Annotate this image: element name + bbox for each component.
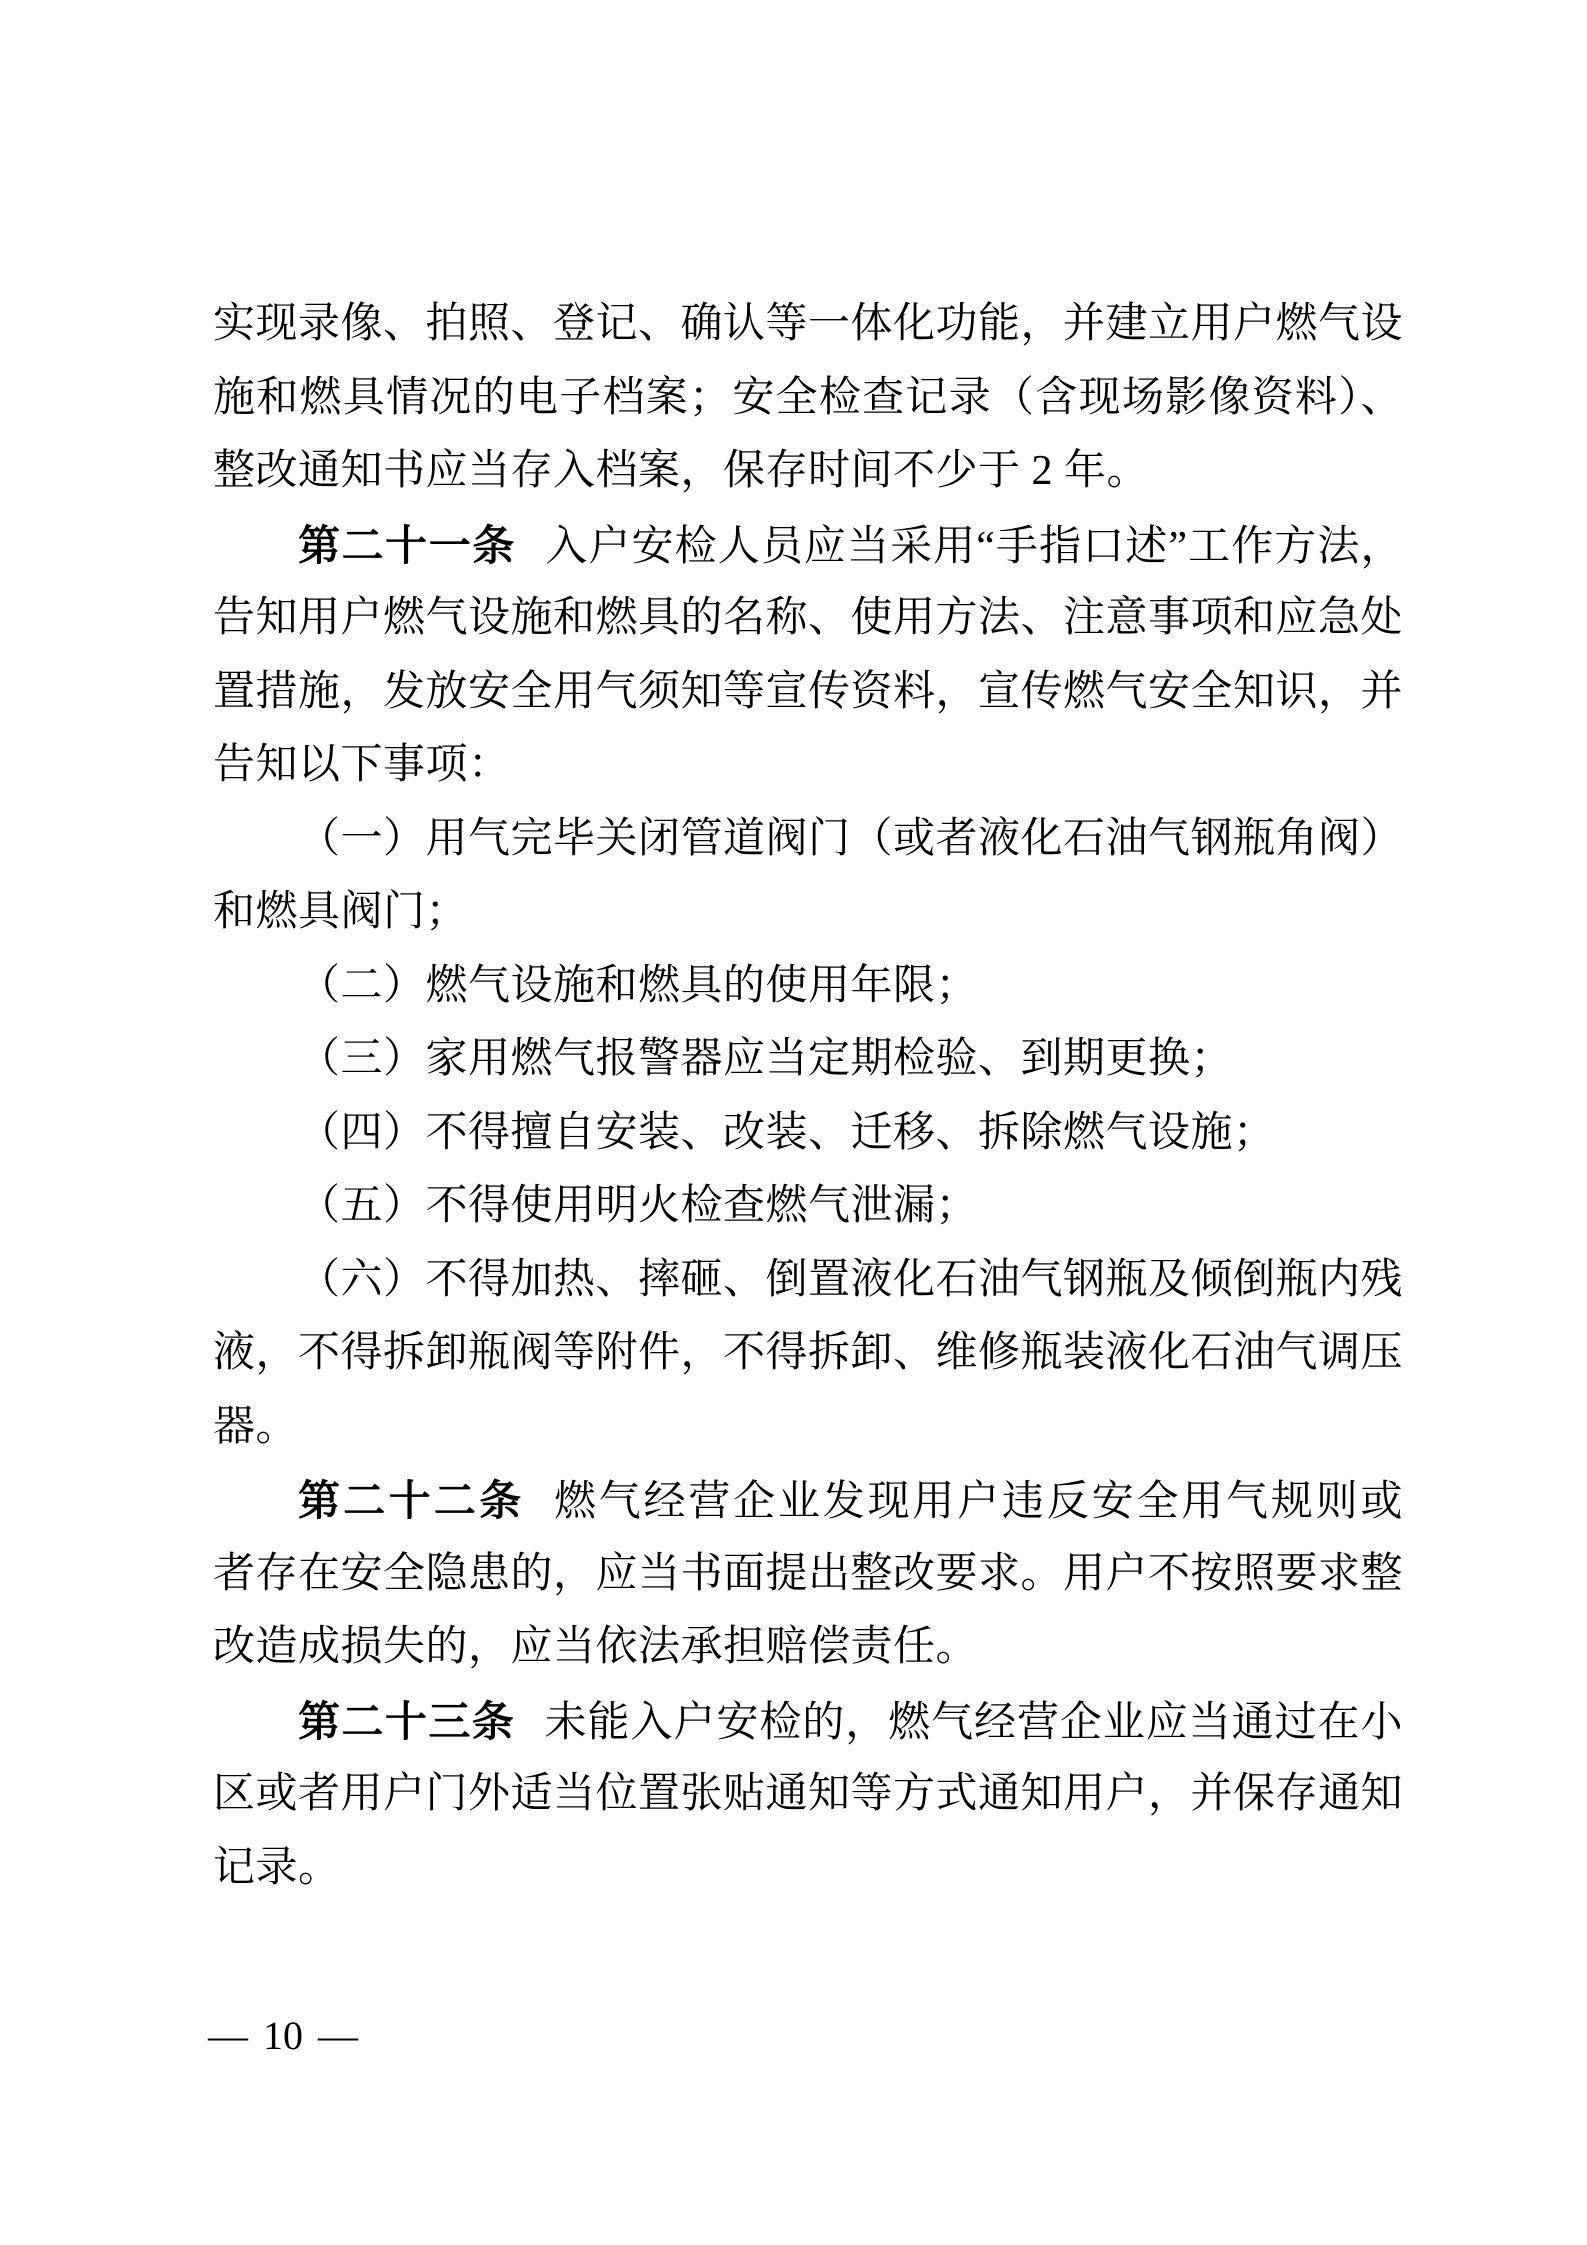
page-footer: — 10 —	[208, 2012, 358, 2059]
text-line: 记录。	[213, 1832, 1403, 1906]
text-line: 告知用户燃气设施和燃具的名称、使用方法、注意事项和应急处	[213, 582, 1403, 656]
line-text: 区或者用户门外适当位置张贴通知等方式通知用户，并保存通知	[213, 1771, 1403, 1817]
line-text: 者存在安全隐患的，应当书面提出整改要求。用户不按照要求整	[213, 1551, 1403, 1597]
footer-dash-right: —	[318, 2012, 358, 2059]
text-line: （二）燃气设施和燃具的使用年限；	[213, 950, 1403, 1024]
text-line: 实现录像、拍照、登记、确认等一体化功能，并建立用户燃气设	[213, 288, 1403, 362]
text-line: （一）用气完毕关闭管道阀门（或者液化石油气钢瓶角阀）	[213, 803, 1403, 877]
article-number: 第二十一条	[298, 522, 516, 569]
line-text: 告知用户燃气设施和燃具的名称、使用方法、注意事项和应急处	[213, 595, 1403, 641]
page-number: 10	[263, 2012, 303, 2059]
line-text: 燃气经营企业发现用户违反安全用气规则或	[554, 1479, 1403, 1525]
article-heading-line: 第二十三条未能入户安检的，燃气经营企业应当通过在小	[213, 1685, 1403, 1759]
text-line: 施和燃具情况的电子档案；安全检查记录（含现场影像资料）、	[213, 362, 1403, 436]
line-text: 记录。	[213, 1845, 341, 1891]
text-line: 告知以下事项：	[213, 729, 1403, 803]
text-line: （六）不得加热、摔砸、倒置液化石油气钢瓶及倾倒瓶内残	[213, 1244, 1403, 1318]
line-text: 器。	[213, 1404, 298, 1450]
text-line: 者存在安全隐患的，应当书面提出整改要求。用户不按照要求整	[213, 1538, 1403, 1612]
line-text: 实现录像、拍照、登记、确认等一体化功能，并建立用户燃气设	[213, 301, 1403, 347]
text-line: 区或者用户门外适当位置张贴通知等方式通知用户，并保存通知	[213, 1758, 1403, 1832]
line-text: （三）家用燃气报警器应当定期检验、到期更换；	[298, 1036, 1233, 1082]
line-text: 置措施，发放安全用气须知等宣传资料，宣传燃气安全知识，并	[213, 669, 1403, 715]
line-text: 和燃具阀门；	[213, 889, 468, 935]
line-text: 整改通知书应当存入档案，保存时间不少于 2 年。	[213, 448, 1149, 494]
line-text: 入户安检人员应当采用“手指口述”工作方法，	[545, 524, 1403, 570]
line-text: 改造成损失的，应当依法承担赔偿责任。	[213, 1624, 978, 1670]
line-text: 施和燃具情况的电子档案；安全检查记录（含现场影像资料）、	[213, 375, 1403, 421]
article-heading-line: 第二十二条燃气经营企业发现用户违反安全用气规则或	[213, 1464, 1403, 1538]
document-body: 实现录像、拍照、登记、确认等一体化功能，并建立用户燃气设施和燃具情况的电子档案；…	[213, 288, 1403, 1905]
line-text: （六）不得加热、摔砸、倒置液化石油气钢瓶及倾倒瓶内残	[298, 1257, 1403, 1303]
line-text: （二）燃气设施和燃具的使用年限；	[298, 963, 978, 1009]
article-number: 第二十三条	[298, 1698, 515, 1745]
line-text: （五）不得使用明火检查燃气泄漏；	[298, 1183, 978, 1229]
line-text: 告知以下事项：	[213, 742, 511, 788]
text-line: 整改通知书应当存入档案，保存时间不少于 2 年。	[213, 435, 1403, 509]
line-text: 液，不得拆卸瓶阀等附件，不得拆卸、维修瓶装液化石油气调压	[213, 1330, 1403, 1376]
text-line: （三）家用燃气报警器应当定期检验、到期更换；	[213, 1023, 1403, 1097]
line-text: （四）不得擅自安装、改装、迁移、拆除燃气设施；	[298, 1110, 1276, 1156]
text-line: （四）不得擅自安装、改装、迁移、拆除燃气设施；	[213, 1097, 1403, 1171]
text-line: 和燃具阀门；	[213, 876, 1403, 950]
text-line: 器。	[213, 1391, 1403, 1465]
document-page: 实现录像、拍照、登记、确认等一体化功能，并建立用户燃气设施和燃具情况的电子档案；…	[0, 0, 1587, 2245]
line-text: 未能入户安检的，燃气经营企业应当通过在小	[545, 1700, 1403, 1746]
text-line: 液，不得拆卸瓶阀等附件，不得拆卸、维修瓶装液化石油气调压	[213, 1317, 1403, 1391]
footer-dash-left: —	[208, 2012, 248, 2059]
article-number: 第二十二条	[298, 1477, 525, 1524]
line-text: （一）用气完毕关闭管道阀门（或者液化石油气钢瓶角阀）	[298, 816, 1403, 862]
article-heading-line: 第二十一条入户安检人员应当采用“手指口述”工作方法，	[213, 509, 1403, 583]
text-line: 改造成损失的，应当依法承担赔偿责任。	[213, 1611, 1403, 1685]
text-line: （五）不得使用明火检查燃气泄漏；	[213, 1170, 1403, 1244]
text-line: 置措施，发放安全用气须知等宣传资料，宣传燃气安全知识，并	[213, 656, 1403, 730]
